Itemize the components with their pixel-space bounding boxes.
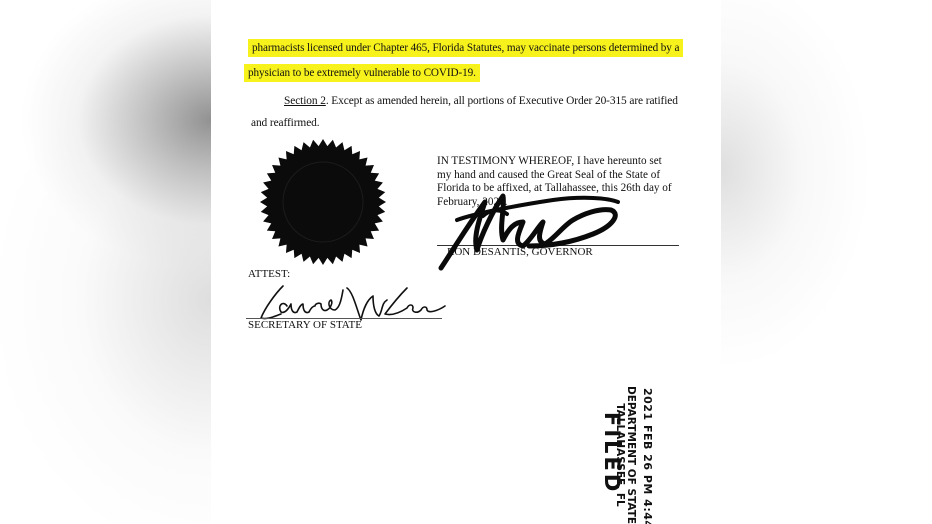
- background-left: [0, 0, 211, 524]
- highlighted-line-1: pharmacists licensed under Chapter 465, …: [248, 42, 683, 54]
- filed-date: 2021 FEB 26 PM 4:44: [641, 388, 654, 524]
- highlighted-line-2: physician to be extremely vulnerable to …: [244, 67, 480, 79]
- section-2-line: Section 2. Except as amended herein, all…: [284, 95, 678, 107]
- secretary-title: SECRETARY OF STATE: [248, 319, 362, 331]
- filed-department-line-2: TALLAHASSEE, FL: [614, 386, 625, 524]
- filed-department: DEPARTMENT OF STATE TALLAHASSEE, FL: [614, 386, 636, 524]
- highlighted-text: physician to be extremely vulnerable to …: [244, 64, 480, 82]
- document-page: pharmacists licensed under Chapter 465, …: [211, 0, 721, 524]
- section-2-label: Section 2: [284, 95, 326, 107]
- section-2-text: . Except as amended herein, all portions…: [326, 95, 678, 107]
- attest-label: ATTEST:: [248, 268, 290, 280]
- governor-signature-icon: [433, 180, 633, 275]
- background-right: [721, 0, 932, 524]
- great-seal-icon: [259, 138, 387, 266]
- section-2-continuation: and reaffirmed.: [251, 117, 320, 129]
- highlighted-text: pharmacists licensed under Chapter 465, …: [248, 39, 683, 57]
- filed-department-line-1: DEPARTMENT OF STATE: [625, 386, 636, 524]
